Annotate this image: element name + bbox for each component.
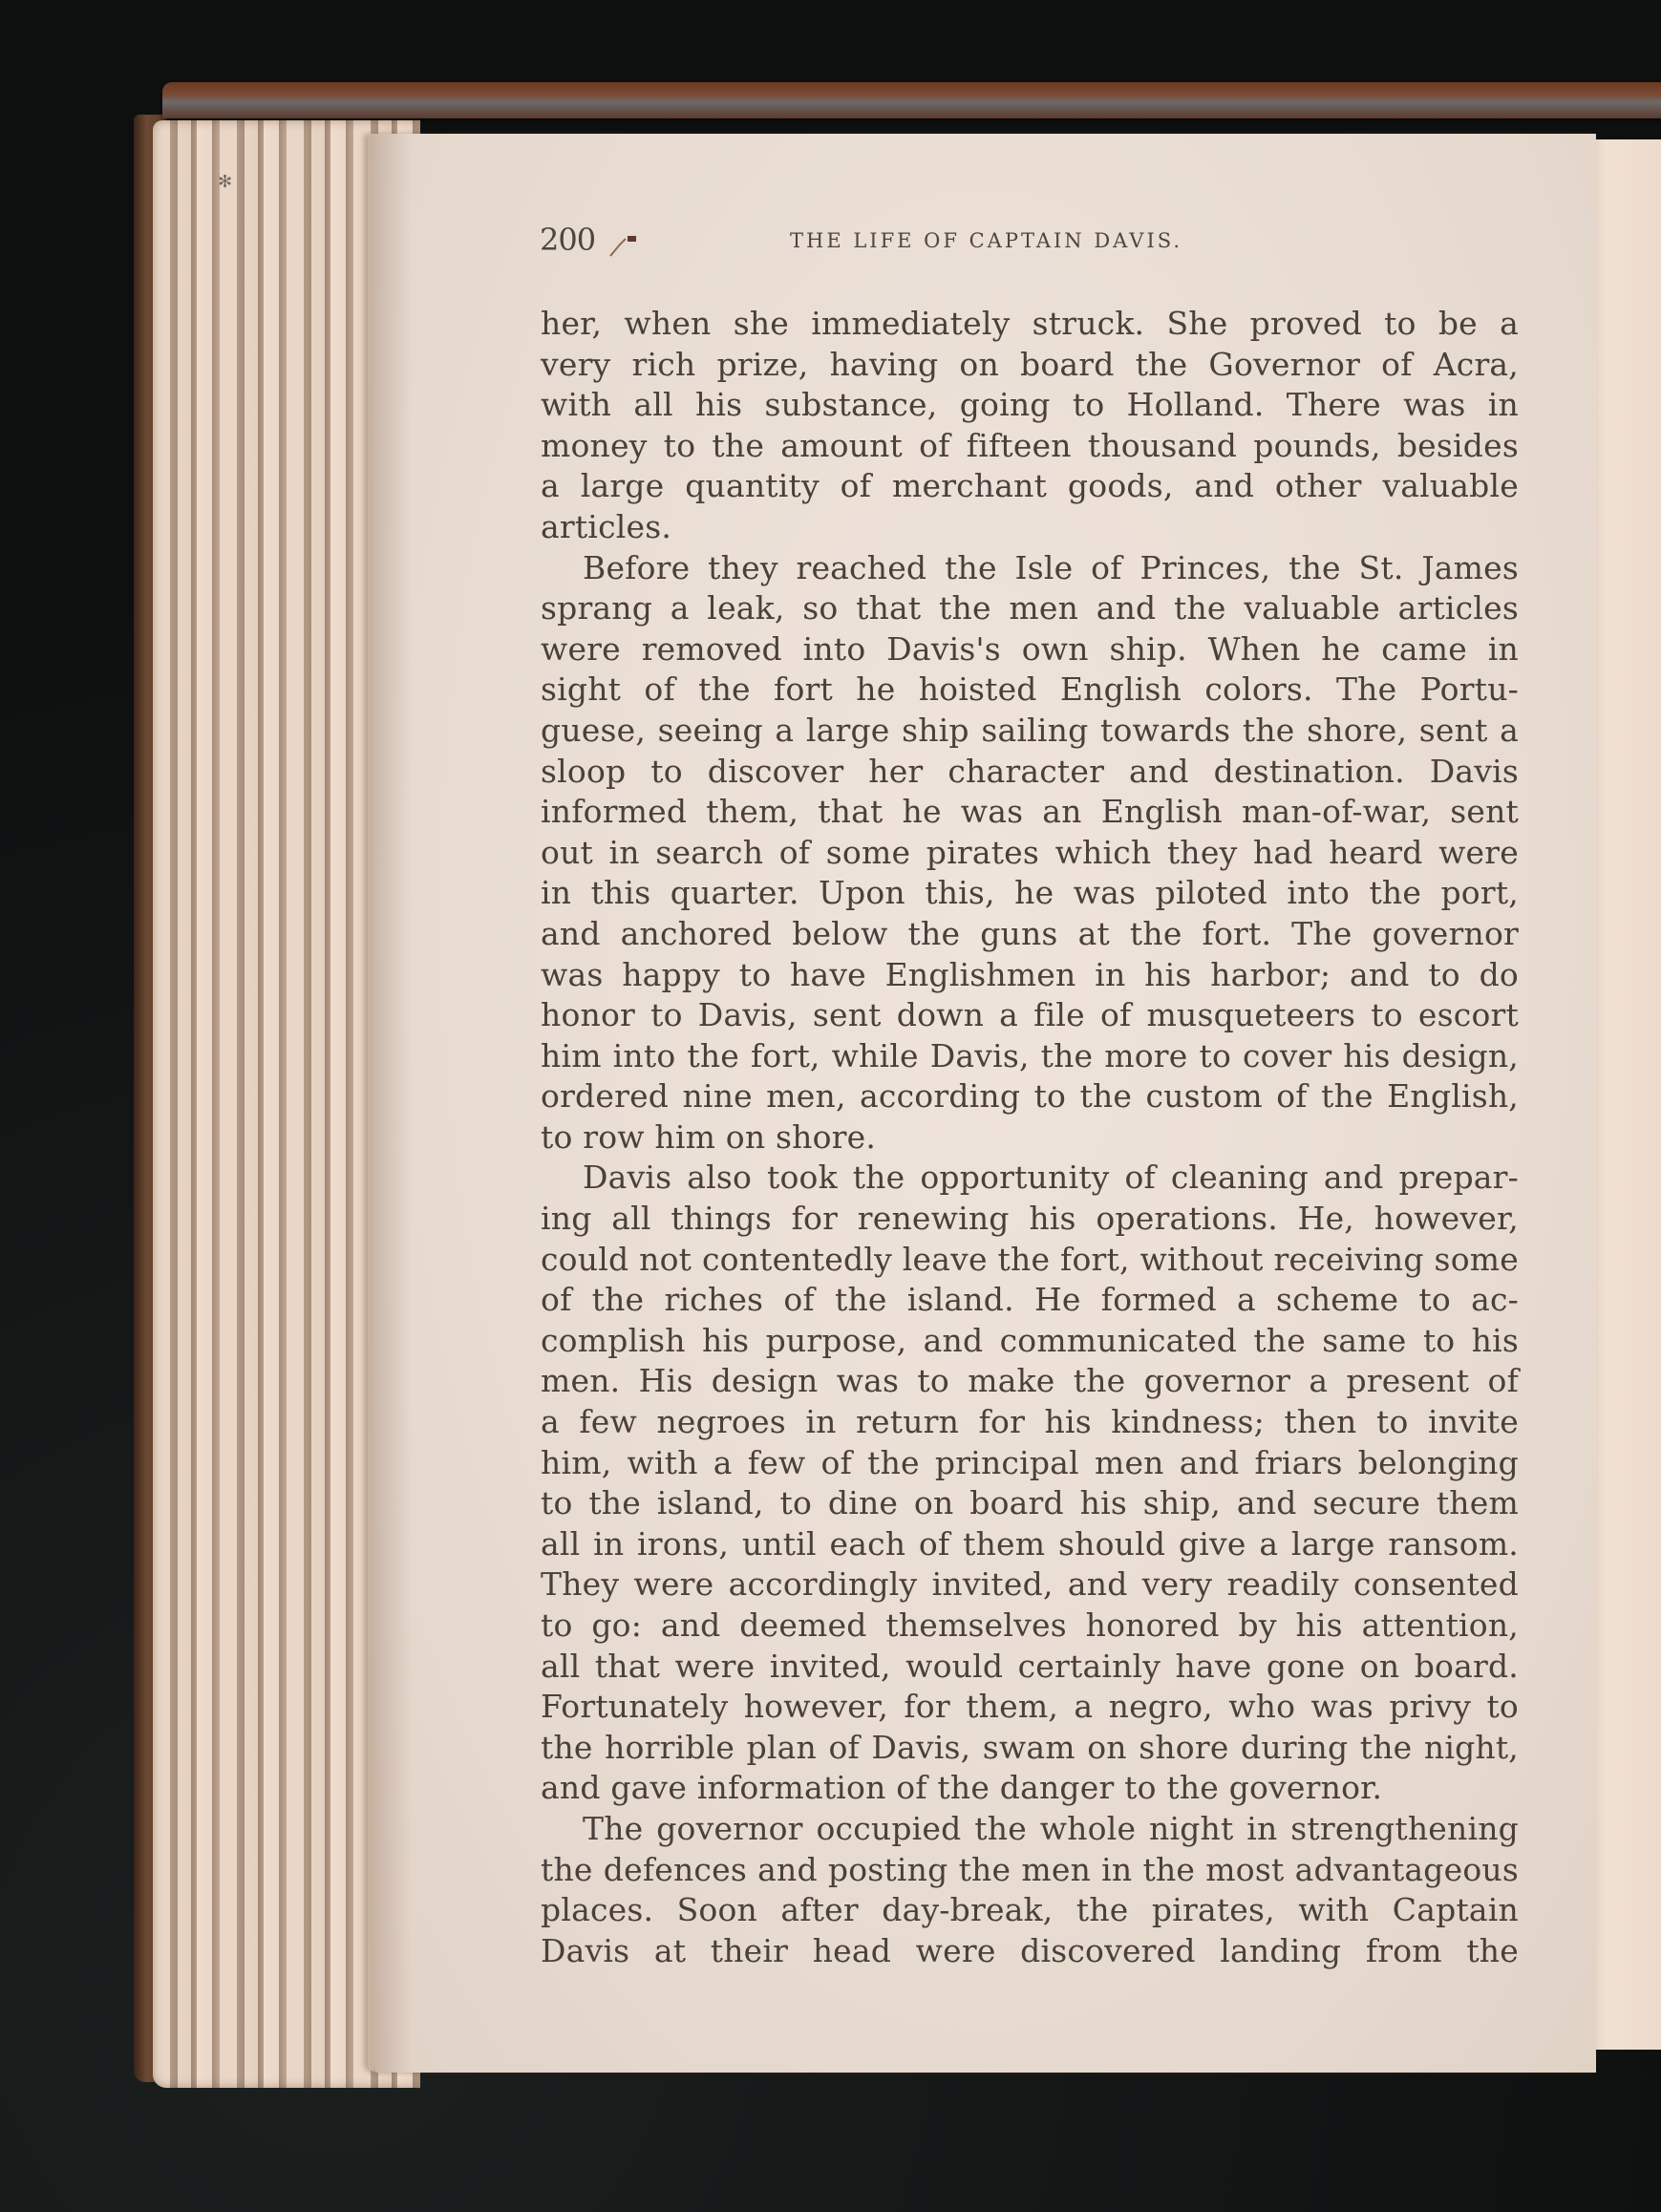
running-head-title: THE LIFE OF CAPTAIN DAVIS. — [790, 229, 1182, 252]
text-line: a few negroes in return for his kindness… — [541, 1402, 1519, 1443]
text-line: money to the amount of fifteen thousand … — [541, 426, 1519, 467]
text-line: in this quarter. Upon this, he was pilot… — [541, 873, 1519, 914]
stain-mark-icon: ✻ — [218, 172, 232, 192]
text-line: honor to Davis, sent down a file of musq… — [541, 995, 1519, 1036]
text-line: Fortunately however, for them, a negro, … — [541, 1687, 1519, 1728]
text-line: sloop to discover her character and dest… — [541, 752, 1519, 793]
gutter-shadow — [373, 134, 412, 2073]
text-line: sprang a leak, so that the men and the v… — [541, 588, 1519, 629]
text-line: They were accordingly invited, and very … — [541, 1564, 1519, 1606]
text-line: him, with a few of the principal men and… — [541, 1443, 1519, 1484]
text-line: could not contentedly leave the fort, wi… — [541, 1240, 1519, 1281]
text-line: all in irons, until each of them should … — [541, 1524, 1519, 1565]
text-line: to go: and deemed themselves honored by … — [541, 1606, 1519, 1647]
text-line: out in search of some pirates which they… — [541, 833, 1519, 874]
text-line: Davis also took the opportunity of clean… — [541, 1158, 1519, 1199]
text-line: of the riches of the island. He formed a… — [541, 1280, 1519, 1321]
text-line: all that were invited, would certainly h… — [541, 1647, 1519, 1688]
ink-smudge-icon — [607, 233, 639, 258]
text-line: a large quantity of merchant goods, and … — [541, 466, 1519, 507]
text-line: the defences and posting the men in the … — [541, 1850, 1519, 1891]
page-number: 200 — [540, 222, 595, 258]
book-cover-top-edge — [162, 82, 1661, 118]
text-line: articles. — [541, 507, 1519, 548]
running-head: 200 THE LIFE OF CAPTAIN DAVIS. — [540, 222, 1495, 260]
text-line: The governor occupied the whole night in… — [541, 1809, 1519, 1850]
paragraph: her, when she immediately struck. She pr… — [541, 304, 1519, 548]
text-line: Before they reached the Isle of Princes,… — [541, 548, 1519, 589]
text-line: men. His design was to make the governor… — [541, 1361, 1519, 1402]
text-line: to the island, to dine on board his ship… — [541, 1483, 1519, 1524]
text-line: was happy to have Englishmen in his harb… — [541, 955, 1519, 996]
text-line: sight of the fort he hoisted English col… — [541, 670, 1519, 711]
text-line: places. Soon after day-break, the pirate… — [541, 1890, 1519, 1931]
text-line: Davis at their head were discovered land… — [541, 1931, 1519, 1972]
text-line: him into the fort, while Davis, the more… — [541, 1036, 1519, 1077]
text-line: the horrible plan of Davis, swam on shor… — [541, 1728, 1519, 1769]
text-line: with all his substance, going to Holland… — [541, 385, 1519, 426]
text-line: guese, seeing a large ship sailing towar… — [541, 711, 1519, 752]
text-line: ing all things for renewing his operatio… — [541, 1199, 1519, 1240]
text-line: informed them, that he was an English ma… — [541, 792, 1519, 833]
text-line: complish his purpose, and communicated t… — [541, 1321, 1519, 1362]
text-line: were removed into Davis's own ship. When… — [541, 629, 1519, 670]
text-line: and gave information of the danger to th… — [541, 1768, 1519, 1809]
text-line: very rich prize, having on board the Gov… — [541, 345, 1519, 386]
paragraph: Before they reached the Isle of Princes,… — [541, 548, 1519, 1159]
text-line: to row him on shore. — [541, 1117, 1519, 1159]
page-body-text: her, when she immediately struck. She pr… — [541, 304, 1519, 1971]
paragraph: Davis also took the opportunity of clean… — [541, 1158, 1519, 1809]
next-leaf-edge — [1586, 139, 1661, 2050]
text-line: and anchored below the guns at the fort.… — [541, 914, 1519, 955]
text-line: her, when she immediately struck. She pr… — [541, 304, 1519, 345]
text-line: ordered nine men, according to the custo… — [541, 1076, 1519, 1117]
paragraph: The governor occupied the whole night in… — [541, 1809, 1519, 1971]
